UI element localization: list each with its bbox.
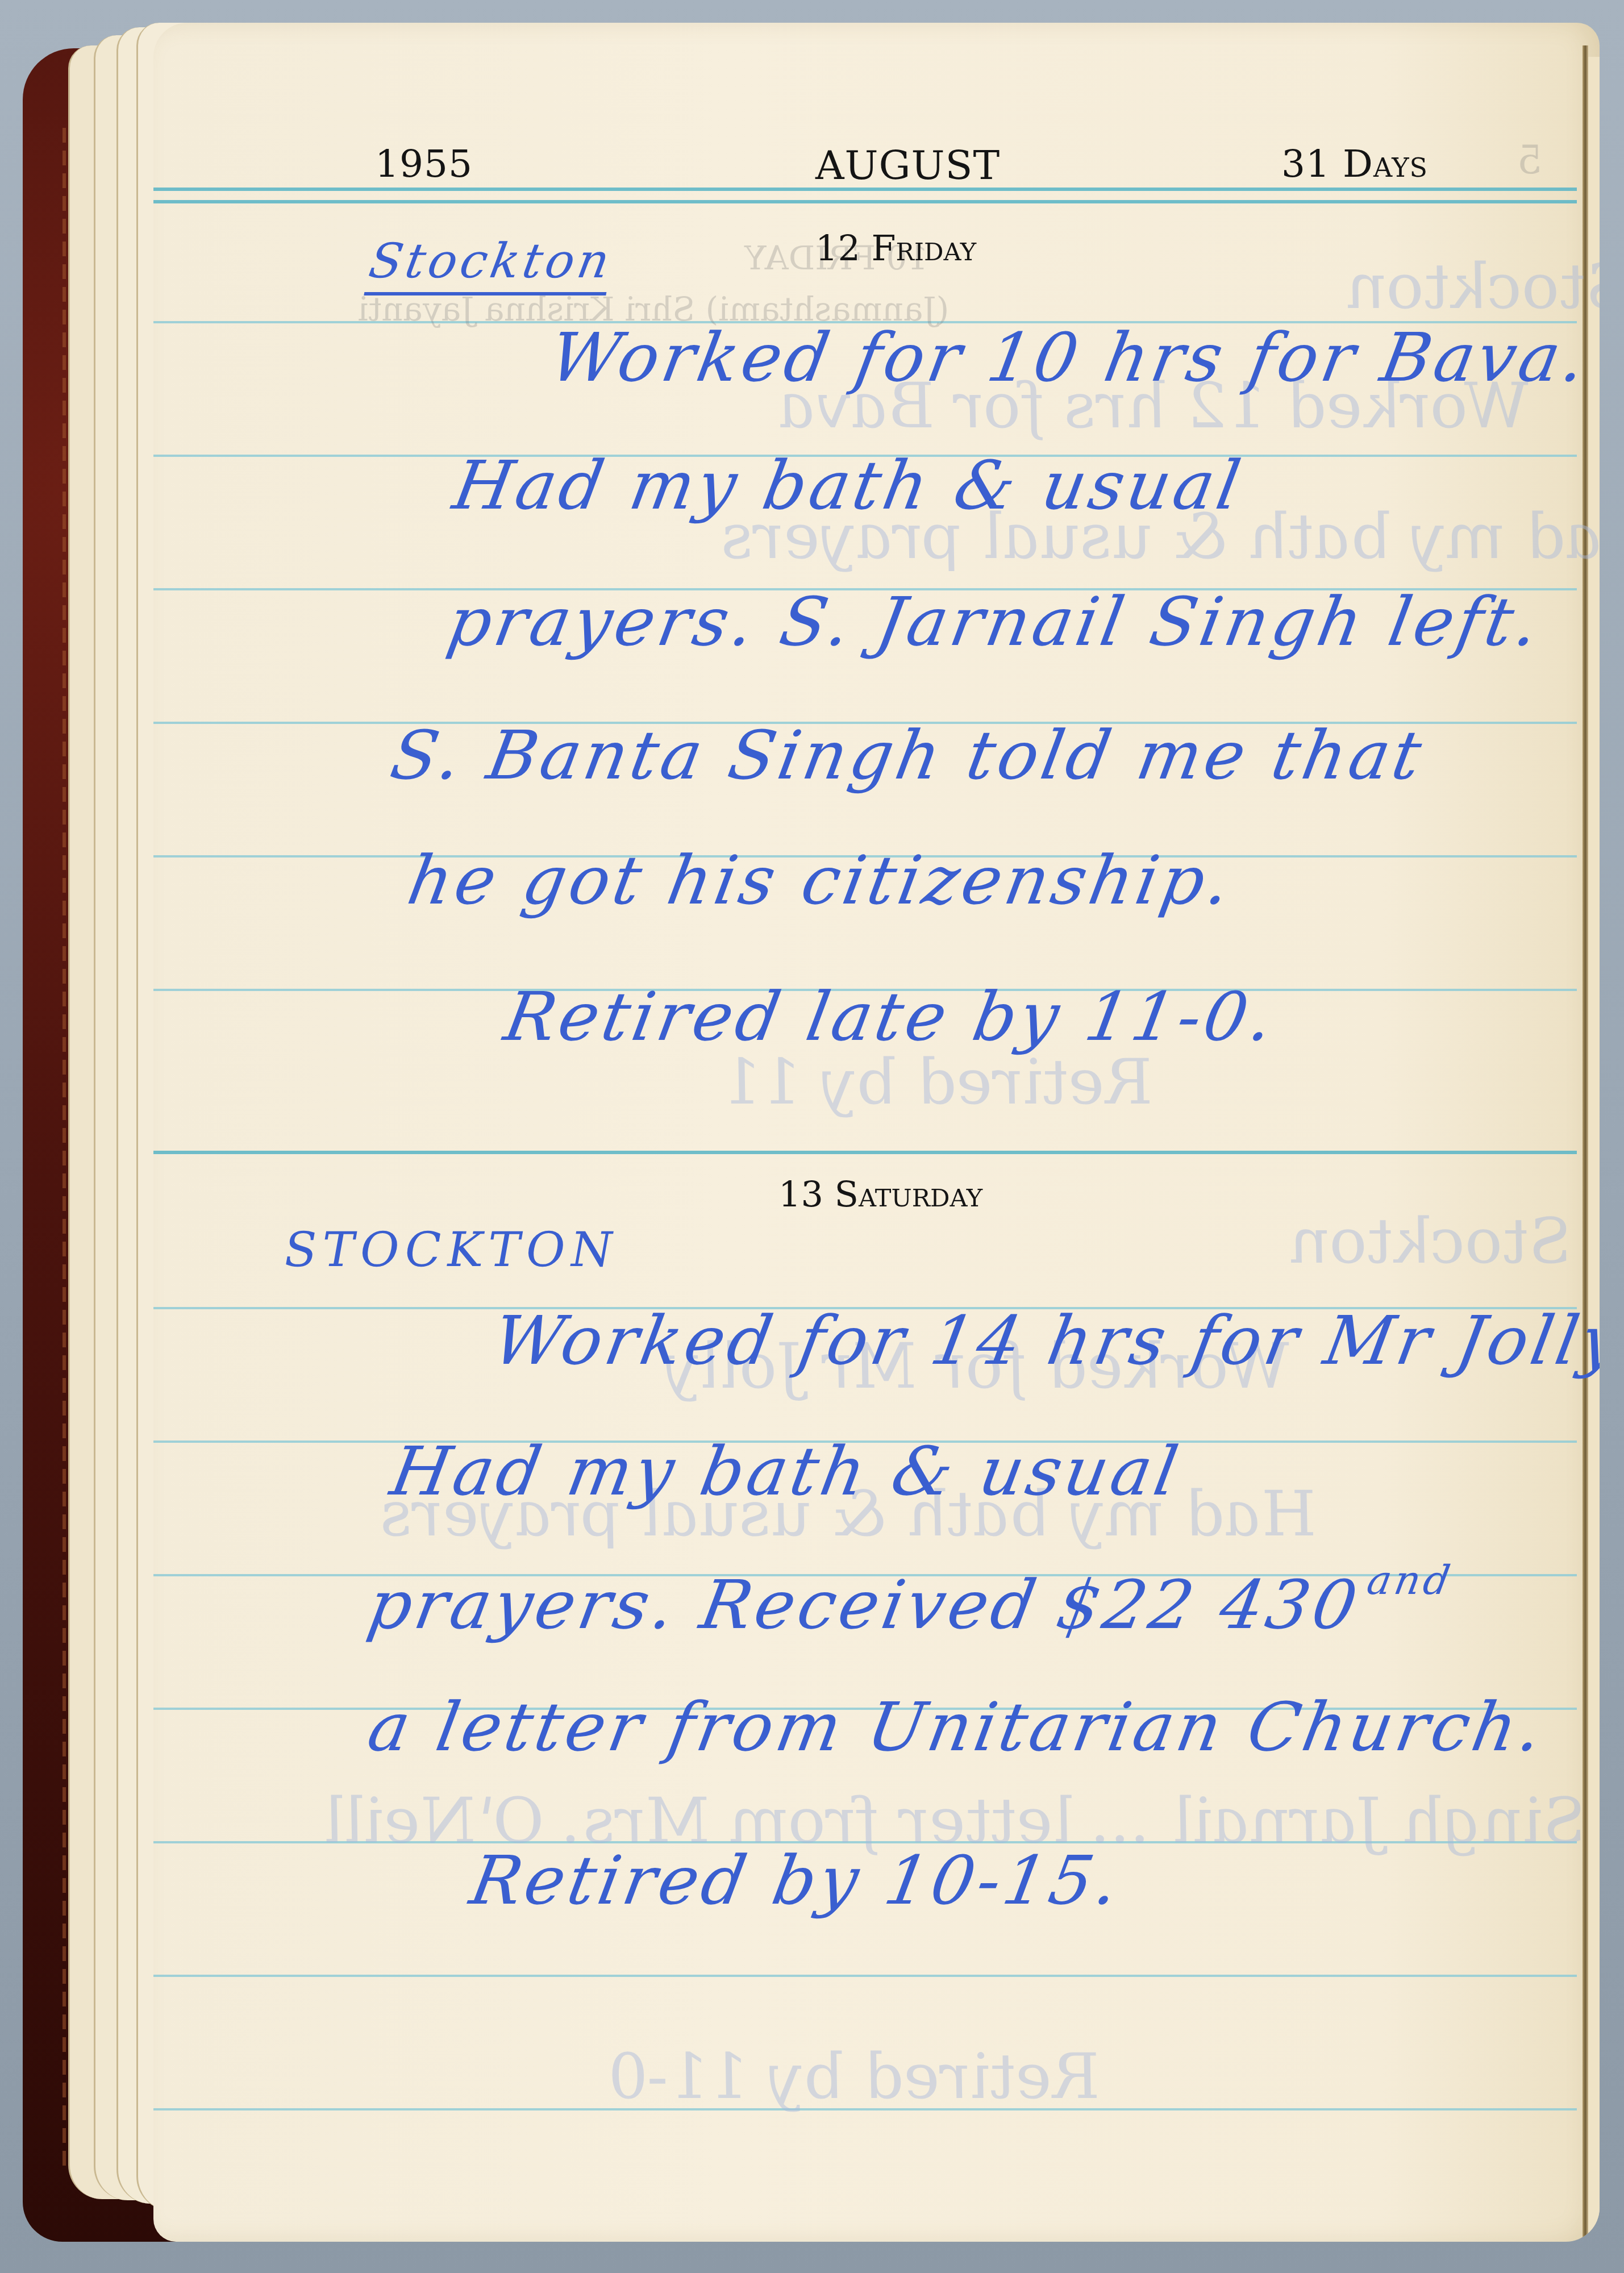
entry-line: prayers. Received [363,1566,1045,1644]
entry-line: Had my bath & usual [448,446,1250,524]
bleed-through-page-number: 5 [1517,136,1543,183]
bleed-through-handwriting: Retired by 11-0 [602,2040,1106,2113]
ruled-line [153,1975,1577,1977]
location-note: STOCKTON [279,1222,623,1277]
entry-line-suffix: and [1364,1557,1457,1604]
entry-line: Worked for 14 hrs for Mr Jolly. [488,1301,1600,1380]
header-days-count: 31 Days [1281,142,1428,186]
entry-line: S. Banta Singh told me that [385,716,1431,794]
location-note: Stockton [364,233,617,295]
entry-line: Had my bath & usual [385,1432,1187,1510]
bleed-through-handwriting: Stockton [1340,250,1600,323]
header-month: AUGUST [815,142,1000,189]
entry-line: Worked for 10 hrs for Bava. [544,318,1594,397]
entry-line: a letter from Unitarian Church. [363,1688,1551,1766]
cover-stitching [63,128,66,2174]
diary-page: 10 FRIDAY (Janmashtami) Shri Krishna Jay… [153,23,1600,2242]
entry-line: prayers. S. Jarnail Singh left. [442,582,1548,661]
bleed-through-handwriting: Stockton [1284,1205,1578,1277]
entry-line: he got his citizenship. [402,841,1239,919]
section-divider [153,1151,1577,1154]
facing-page-edge [1588,57,1600,2239]
entry-line: Retired late by 11-0. [499,977,1282,1056]
entry-line-received: prayers. Received $22 430 and [369,1557,1453,1644]
day-heading: 12 Friday [815,227,976,269]
bleed-through-handwriting: Retired by 11 [715,1046,1159,1118]
entry-line: Retired by 10-15. [465,1841,1128,1920]
header-year: 1955 [375,142,473,186]
day-heading: 13 Saturday [778,1173,982,1215]
header-rule [153,200,1577,203]
received-amount: $22 430 [1051,1566,1366,1644]
